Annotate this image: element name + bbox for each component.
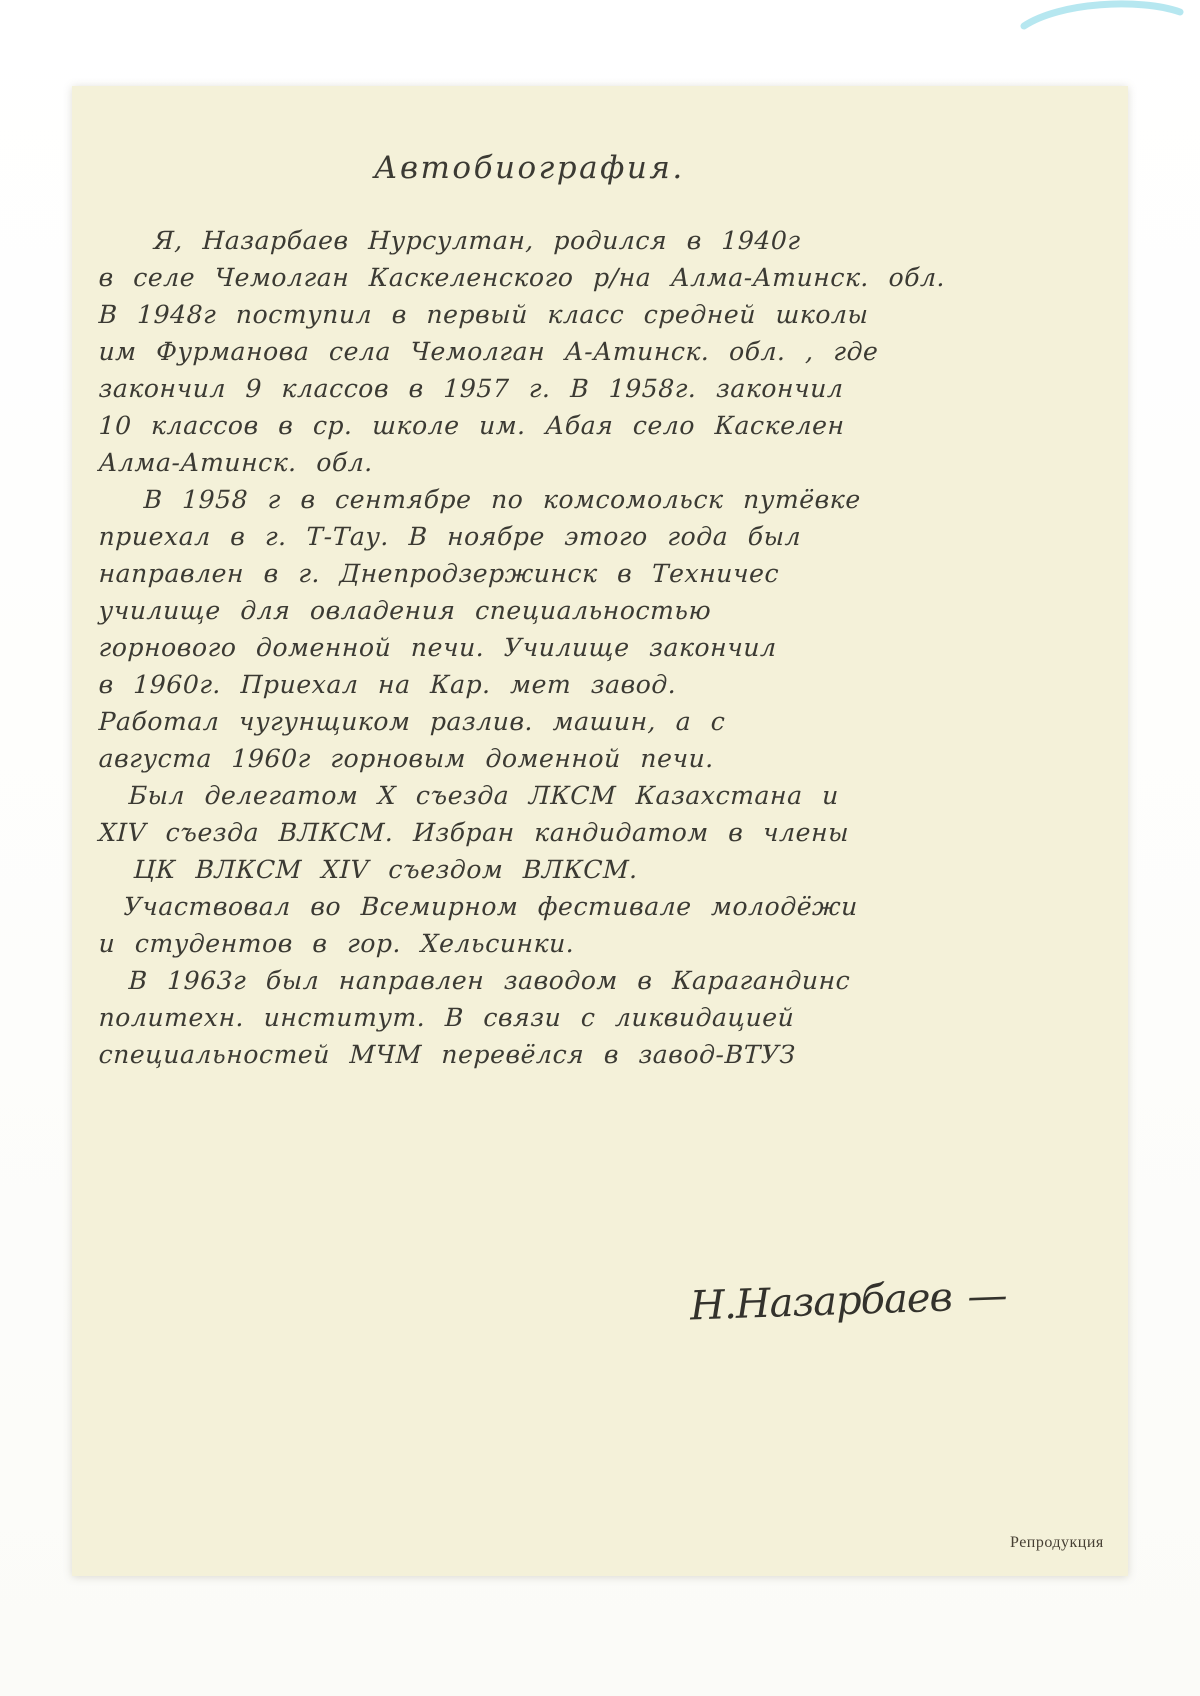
text-line: горнового доменной печи. Училище закончи… (98, 629, 1099, 666)
text-line: ЦК ВЛКСМ XIV съездом ВЛКСМ. (98, 851, 1099, 888)
text-line: Алма-Атинск. обл. (98, 444, 1099, 481)
signature: Н.Назарбаев — (689, 1272, 1007, 1329)
reproduction-label: Репродукция (1010, 1534, 1104, 1552)
text-line: В 1948г поступил в первый класс средней … (98, 296, 1099, 333)
text-line: Я, Назарбаев Нурсултан, родился в 1940г (98, 222, 1099, 259)
text-line: В 1963г был направлен заводом в Караганд… (98, 962, 1099, 999)
text-line: в 1960г. Приехал на Кар. мет завод. (98, 666, 1099, 703)
text-line: Был делегатом X съезда ЛКСМ Казахстана и (98, 777, 1099, 814)
handwritten-text: Я, Назарбаев Нурсултан, родился в 1940г … (98, 222, 1098, 1073)
text-line: Работал чугунщиком разлив. машин, а с (98, 703, 1099, 740)
text-line: 10 классов в ср. школе им. Абая село Кас… (98, 407, 1099, 444)
text-line: XIV съезда ВЛКСМ. Избран кандидатом в чл… (98, 814, 1099, 851)
text-line: закончил 9 классов в 1957 г. В 1958г. за… (98, 370, 1099, 407)
text-line: В 1958 г в сентябре по комсомольск путёв… (98, 481, 1099, 518)
text-line: училище для овладения специальностью (98, 592, 1099, 629)
scan-background: Автобиография. Я, Назарбаев Нурсултан, р… (0, 0, 1200, 1696)
text-line: августа 1960г горновым доменной печи. (98, 740, 1099, 777)
text-line: политехн. институт. В связи с ликвидацие… (98, 999, 1099, 1036)
text-line: и студентов в гор. Хельсинки. (98, 925, 1099, 962)
document-title: Автобиография. (374, 150, 685, 186)
scanner-streak-icon (1018, 0, 1188, 42)
text-line: приехал в г. Т-Тау. В ноябре этого года … (98, 518, 1099, 555)
document-page: Автобиография. Я, Назарбаев Нурсултан, р… (72, 86, 1128, 1576)
text-line: направлен в г. Днепродзержинск в Техниче… (98, 555, 1099, 592)
text-line: им Фурманова села Чемолган А-Атинск. обл… (98, 333, 1099, 370)
text-line: в селе Чемолган Каскеленского р/на Алма-… (98, 259, 1099, 296)
text-line: специальностей МЧМ перевёлся в завод-ВТУ… (98, 1036, 1099, 1073)
text-line: Участвовал во Всемирном фестивале молодё… (98, 888, 1099, 925)
